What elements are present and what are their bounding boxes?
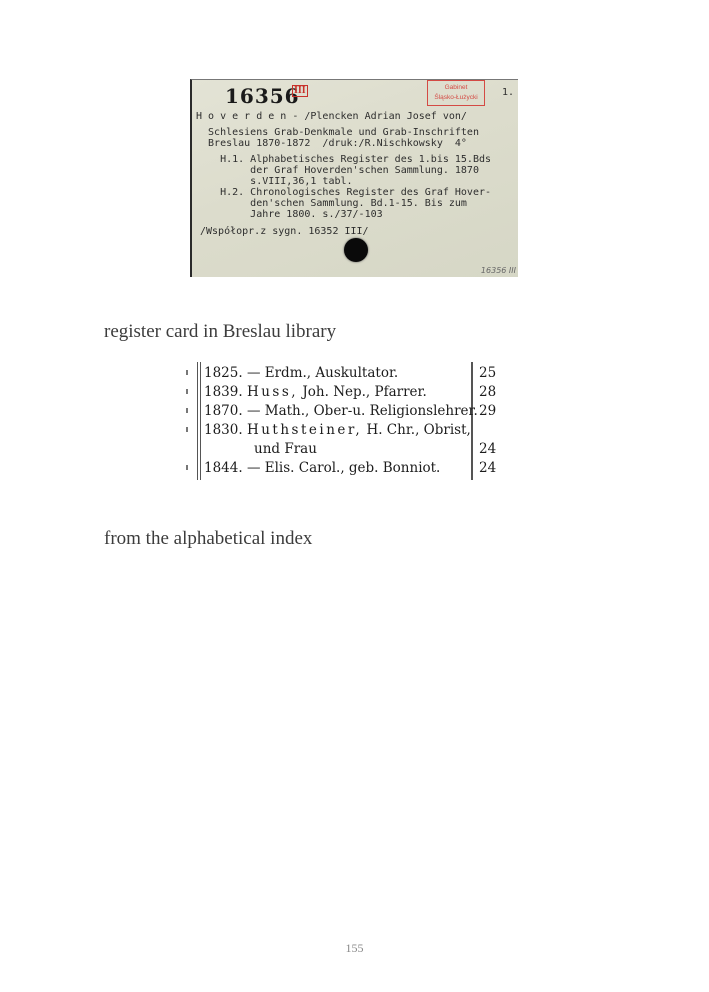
page-ref: 24 xyxy=(479,441,496,457)
card-line: Jahre 1800. s./37/-103 xyxy=(196,209,383,220)
card-line: Breslau 1870-1872 /druk:/R.Nischkowsky 4… xyxy=(196,138,467,149)
card-line: der Graf Hoverden'schen Sammlung. 1870 xyxy=(196,165,479,176)
alphabetical-index-image: 1825. — Erdm., Auskultator. 25 1839. Hus… xyxy=(186,362,506,482)
card-line: H.1. Alphabetisches Register des 1.bis 1… xyxy=(196,154,491,165)
margin-mark xyxy=(186,427,188,432)
card-line: H o v e r d e n - /Plencken Adrian Josef… xyxy=(196,111,467,122)
card-line: /Współopr.z sygn. 16352 III/ xyxy=(200,226,369,237)
page-ref: 28 xyxy=(479,384,496,400)
volume-mark: 1. xyxy=(502,87,514,98)
margin-mark xyxy=(186,370,188,375)
card-line: Schlesiens Grab-Denkmale und Grab-Inschr… xyxy=(196,127,479,138)
register-card-image: 16356 III Gabinet Śląsko-Łużycki 1. H o … xyxy=(190,79,518,277)
stamp-line: Śląsko-Łużycki xyxy=(428,93,484,103)
card-line: s.VIII,36,1 tabl. xyxy=(196,176,353,187)
page-ref: 24 xyxy=(479,460,496,476)
margin-mark xyxy=(186,465,188,470)
margin-mark xyxy=(186,408,188,413)
stamp-line: Gabinet xyxy=(428,83,484,93)
column-rule xyxy=(471,362,473,480)
pencil-note: 16356 III xyxy=(481,266,516,275)
page-number: 155 xyxy=(0,941,709,956)
card-line: H.2. Chronologisches Register des Graf H… xyxy=(196,187,491,198)
caption-register-card: register card in Breslau library xyxy=(104,321,336,343)
caption-alphabetical-index: from the alphabetical index xyxy=(104,528,312,550)
roman-stamp: III xyxy=(292,85,308,97)
punch-hole xyxy=(344,238,368,262)
library-stamp: Gabinet Śląsko-Łużycki xyxy=(427,80,485,106)
card-number: 16356 xyxy=(225,84,300,108)
card-line: den'schen Sammlung. Bd.1-15. Bis zum xyxy=(196,198,467,209)
page-ref: 29 xyxy=(479,403,496,419)
double-rule xyxy=(197,362,201,480)
margin-mark xyxy=(186,389,188,394)
page-ref: 25 xyxy=(479,365,496,381)
